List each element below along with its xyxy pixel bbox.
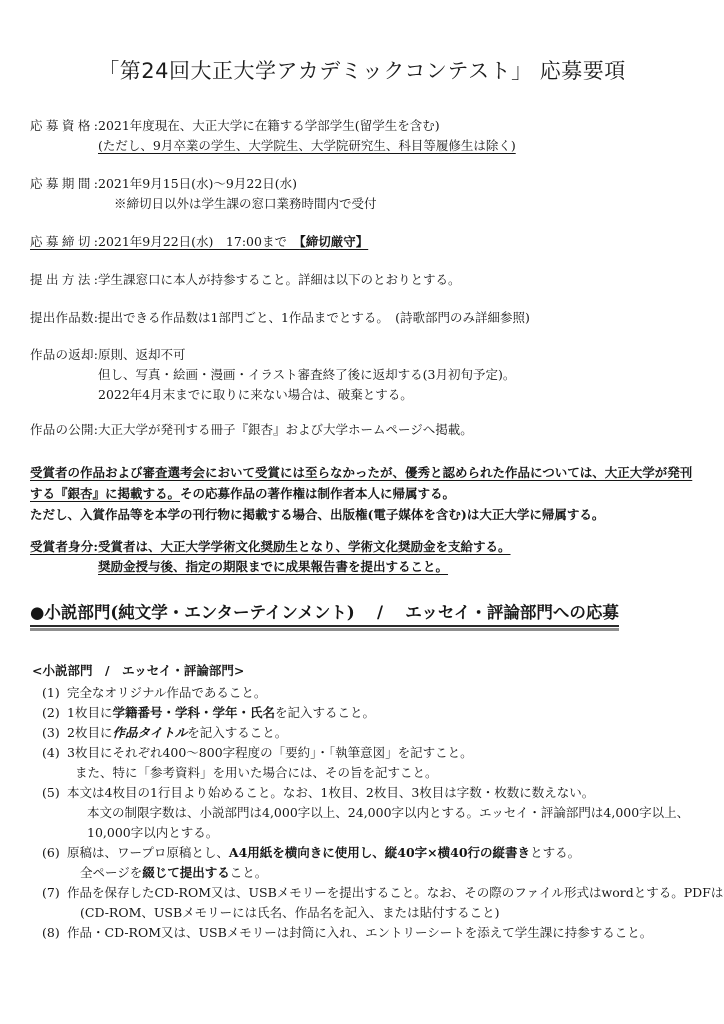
- section-heading: ●小説部門(純文学・エンターテインメント) / エッセイ・評論部門への応募: [30, 601, 619, 631]
- copyright-notice-p2: ただし、入賞作品等を本学の刊行物に掲載する場合、出版権(電子媒体を含む)は大正大…: [30, 504, 694, 525]
- winner-status-line2: 奨励金授与後、指定の期限までに成果報告書を提出すること。: [98, 559, 448, 574]
- field-method: 提出方法: 学生課窓口に本人が持参すること。詳細は以下のとおりとする。: [30, 270, 694, 290]
- field-eligibility: 応募資格: 2021年度現在、大正大学に在籍する学部学生(留学生を含む) (ただ…: [30, 116, 694, 156]
- rule-5-line2: 本文の制限字数は、小説部門は4,000字以上、24,000字以内とする。エッセイ…: [87, 803, 694, 843]
- return-line3: 2022年4月末までに取りに来ない場合は、破棄とする。: [98, 385, 694, 405]
- rule-4-line1: 3枚目にそれぞれ400〜800字程度の「要約」・「執筆意図」を記すこと。: [67, 743, 694, 763]
- section-heading-wrap: ●小説部門(純文学・エンターテインメント) / エッセイ・評論部門への応募: [30, 601, 694, 631]
- rule-item-4: (4) 3枚目にそれぞれ400〜800字程度の「要約」・「執筆意図」を記すこと。…: [42, 743, 694, 783]
- rule-7-line2: (CD-ROM、USBメモリーには氏名、作品名を記入、または貼付すること): [80, 903, 694, 923]
- rule-2-number: (2): [42, 703, 67, 723]
- field-publication: 作品の公開: 大正大学が発刊する冊子『銀杏』および大学ホームページへ掲載。: [30, 420, 694, 440]
- field-period-value: 2021年9月15日(水)〜9月22日(水) ※締切日以外は学生課の窓口業務時間…: [98, 174, 694, 214]
- field-return-value: 原則、返却不可 但し、写真・絵画・漫画・イラスト審査終了後に返却する(3月初旬予…: [98, 345, 694, 405]
- publication-line1: 大正大学が発刊する冊子『銀杏』および大学ホームページへ掲載。: [98, 420, 694, 440]
- rule-5-line1: 本文は4枚目の1行目より始めること。なお、1枚目、2枚目、3枚目は字数・枚数に数…: [67, 783, 694, 803]
- rules-list: (1) 完全なオリジナル作品であること。 (2) 1枚目に学籍番号・学科・学年・…: [42, 683, 694, 943]
- count-line1: 提出できる作品数は1部門ごと、1作品までとする。 (詩歌部門のみ詳細参照): [98, 308, 694, 328]
- copyright-notice-p1: 受賞者の作品および審査選考会において受賞には至らなかったが、優秀と認められた作品…: [30, 462, 694, 504]
- period-note: ※締切日以外は学生課の窓口業務時間内で受付: [114, 194, 694, 214]
- rule-6-bold: A4用紙を横向きに使用し、縦40字×横40行の縦書き: [229, 845, 530, 860]
- section-heading-text: 小説部門(純文学・エンターテインメント) / エッセイ・評論部門への応募: [44, 603, 619, 622]
- return-line1: 原則、返却不可: [98, 345, 694, 365]
- copyright-rest: その応募作品の著作権は制作者本人に帰属する。: [180, 486, 455, 501]
- rule-6-line2-pre: 全ページを: [80, 865, 142, 880]
- rule-6-post: とする。: [530, 845, 580, 860]
- rule-3-pre: 2枚目に: [67, 725, 112, 740]
- field-count-label: 提出作品数:: [30, 308, 98, 328]
- rule-6-line2: 全ページを綴じて提出すること。: [80, 863, 694, 883]
- field-return: 作品の返却: 原則、返却不可 但し、写真・絵画・漫画・イラスト審査終了後に返却す…: [30, 345, 694, 405]
- rule-4-number: (4): [42, 743, 67, 783]
- rule-item-5: (5) 本文は4枚目の1行目より始めること。なお、1枚目、2枚目、3枚目は字数・…: [42, 783, 694, 843]
- field-period-label: 応募期間:: [30, 174, 98, 214]
- rule-2-bold: 学籍番号・学科・学年・氏名: [112, 705, 275, 720]
- rule-3-number: (3): [42, 723, 67, 743]
- winner-status-label: 受賞者身分:: [30, 537, 98, 577]
- field-return-label: 作品の返却:: [30, 345, 98, 405]
- eligibility-line2-underlined: (ただし、9月卒業の学生、大学院生、大学院研究生、科目等履修生は除く): [98, 136, 694, 156]
- field-eligibility-label: 応募資格:: [30, 116, 98, 156]
- period-line1: 2021年9月15日(水)〜9月22日(水): [98, 174, 694, 194]
- rule-item-3: (3) 2枚目に作品タイトルを記入すること。: [42, 723, 694, 743]
- rule-7-text: 作品を保存したCD-ROM又は、USBメモリーを提出すること。なお、その際のファ…: [67, 883, 694, 923]
- field-deadline: 応募締切: 2021年9月22日(水) 17:00まで 【締切厳守】: [30, 232, 694, 252]
- field-count: 提出作品数: 提出できる作品数は1部門ごと、1作品までとする。 (詩歌部門のみ詳…: [30, 308, 694, 328]
- field-publication-label: 作品の公開:: [30, 420, 98, 440]
- field-deadline-value: 2021年9月22日(水) 17:00まで 【締切厳守】: [98, 232, 694, 252]
- deadline-emphasis: 【締切厳守】: [299, 234, 368, 249]
- rule-7-line1: 作品を保存したCD-ROM又は、USBメモリーを提出すること。なお、その際のファ…: [67, 883, 694, 903]
- rule-4-line2: また、特に「参考資料」を用いた場合には、その旨を記すこと。: [75, 763, 694, 783]
- field-method-label: 提出方法:: [30, 270, 98, 290]
- rule-5-number: (5): [42, 783, 67, 843]
- rule-7-number: (7): [42, 883, 67, 923]
- rule-2-text: 1枚目に学籍番号・学科・学年・氏名を記入すること。: [67, 703, 694, 723]
- bullet-icon: ●: [30, 603, 44, 622]
- rule-3-text: 2枚目に作品タイトルを記入すること。: [67, 723, 694, 743]
- rule-1-number: (1): [42, 683, 67, 703]
- rule-item-2: (2) 1枚目に学籍番号・学科・学年・氏名を記入すること。: [42, 703, 694, 723]
- rule-1-text: 完全なオリジナル作品であること。: [67, 683, 694, 703]
- rule-6-line1: 原稿は、ワープロ原稿とし、A4用紙を横向きに使用し、縦40字×横40行の縦書きと…: [67, 843, 694, 863]
- rule-5-text: 本文は4枚目の1行目より始めること。なお、1枚目、2枚目、3枚目は字数・枚数に数…: [67, 783, 694, 843]
- rule-8-line1: 作品・CD-ROM又は、USBメモリーは封筒に入れ、エントリーシートを添えて学生…: [67, 923, 694, 943]
- document-page: 「第24回大正大学アカデミックコンテスト」 応募要項 応募資格: 2021年度現…: [0, 0, 724, 1024]
- method-line1: 学生課窓口に本人が持参すること。詳細は以下のとおりとする。: [98, 270, 694, 290]
- rule-item-7: (7) 作品を保存したCD-ROM又は、USBメモリーを提出すること。なお、その…: [42, 883, 694, 923]
- deadline-time: 2021年9月22日(水) 17:00まで: [98, 234, 299, 249]
- section-subheading: <小説部門 / エッセイ・評論部門>: [32, 661, 694, 681]
- rule-item-1: (1) 完全なオリジナル作品であること。: [42, 683, 694, 703]
- rule-2-pre: 1枚目に: [67, 705, 112, 720]
- rule-6-pre: 原稿は、ワープロ原稿とし、: [67, 845, 229, 860]
- rule-3-bold: 作品タイトル: [112, 725, 187, 740]
- rule-6-line2-bold: 綴じて提出する: [142, 865, 230, 880]
- copyright-notice: 受賞者の作品および審査選考会において受賞には至らなかったが、優秀と認められた作品…: [30, 462, 694, 525]
- rule-6-text: 原稿は、ワープロ原稿とし、A4用紙を横向きに使用し、縦40字×横40行の縦書きと…: [67, 843, 694, 883]
- rule-8-number: (8): [42, 923, 67, 943]
- field-winner-status: 受賞者身分: 受賞者は、大正大学学術文化奨励生となり、学術文化奨励金を支給する。…: [30, 537, 694, 577]
- winner-status-value: 受賞者は、大正大学学術文化奨励生となり、学術文化奨励金を支給する。 奨励金授与後…: [98, 537, 694, 577]
- page-title: 「第24回大正大学アカデミックコンテスト」 応募要項: [30, 56, 694, 86]
- field-eligibility-value: 2021年度現在、大正大学に在籍する学部学生(留学生を含む) (ただし、9月卒業…: [98, 116, 694, 156]
- rule-item-6: (6) 原稿は、ワープロ原稿とし、A4用紙を横向きに使用し、縦40字×横40行の…: [42, 843, 694, 883]
- winner-status-line1: 受賞者は、大正大学学術文化奨励生となり、学術文化奨励金を支給する。: [98, 537, 694, 557]
- field-deadline-label: 応募締切:: [30, 232, 98, 252]
- rule-3-post: を記入すること。: [187, 725, 287, 740]
- rule-6-line2-post: こと。: [230, 865, 268, 880]
- field-period: 応募期間: 2021年9月15日(水)〜9月22日(水) ※締切日以外は学生課の…: [30, 174, 694, 214]
- rule-4-text: 3枚目にそれぞれ400〜800字程度の「要約」・「執筆意図」を記すこと。 また、…: [67, 743, 694, 783]
- return-line2: 但し、写真・絵画・漫画・イラスト審査終了後に返却する(3月初旬予定)。: [98, 365, 694, 385]
- eligibility-line1: 2021年度現在、大正大学に在籍する学部学生(留学生を含む): [98, 116, 694, 136]
- rule-item-8: (8) 作品・CD-ROM又は、USBメモリーは封筒に入れ、エントリーシートを添…: [42, 923, 694, 943]
- rule-6-number: (6): [42, 843, 67, 883]
- rule-2-post: を記入すること。: [275, 705, 375, 720]
